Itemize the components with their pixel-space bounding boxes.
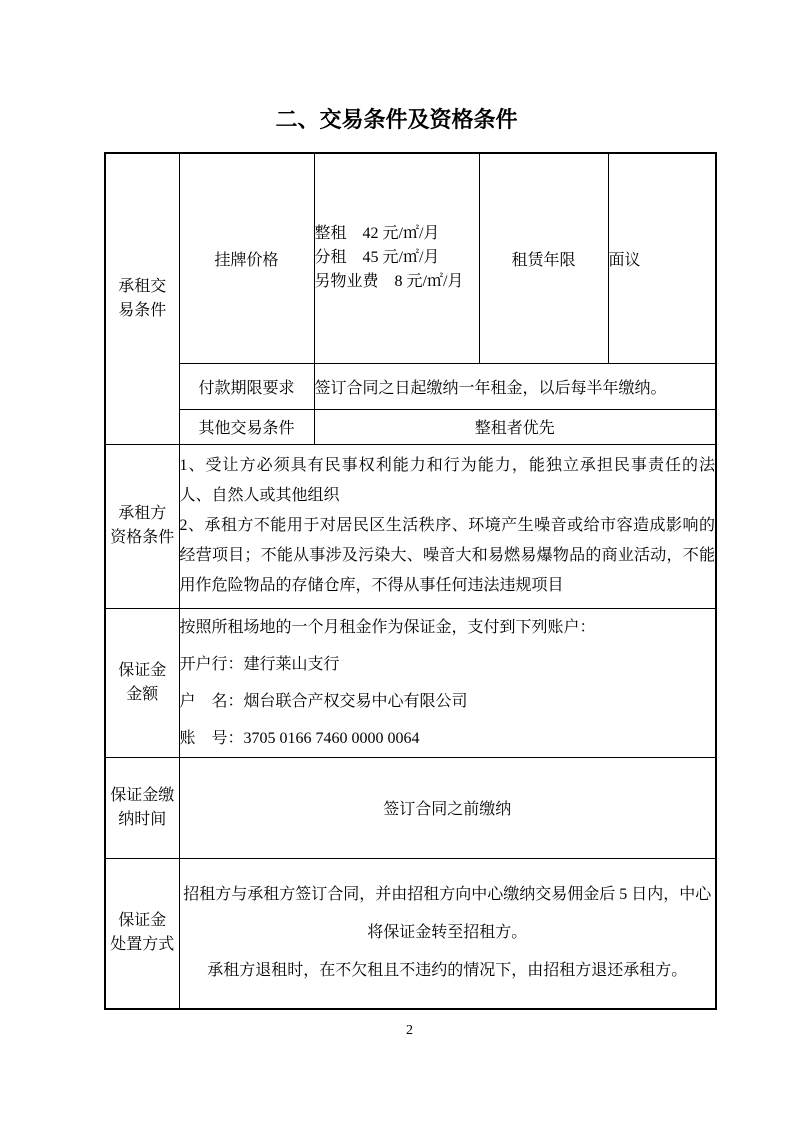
row-header-deposit-disposal: 保证金 处置方式 [105,858,179,1009]
deposit-payment-time-content: 签订合同之前缴纳 [179,757,716,858]
table-row: 其他交易条件 整租者优先 [105,409,716,444]
other-conditions-label: 其他交易条件 [179,409,314,444]
row-header-lessee-qualification: 承租方 资格条件 [105,444,179,608]
row-header-deposit-payment-time: 保证金缴 纳时间 [105,757,179,858]
row-header-rental-transaction: 承租交 易条件 [105,153,179,444]
row-header-deposit-amount: 保证金 金额 [105,608,179,757]
lease-term-label: 租赁年限 [479,153,608,363]
page-number: 2 [104,1023,715,1039]
other-conditions-value: 整租者优先 [314,409,716,444]
table-row: 保证金 处置方式 招租方与承租方签订合同，并由招租方向中心缴纳交易佣金后 5 日… [105,858,716,1009]
payment-terms-value: 签订合同之日起缴纳一年租金，以后每半年缴纳。 [314,363,716,409]
deposit-disposal-content: 招租方与承租方签订合同，并由招租方向中心缴纳交易佣金后 5 日内，中心将保证金转… [179,858,716,1009]
table-row: 付款期限要求 签订合同之日起缴纳一年租金，以后每半年缴纳。 [105,363,716,409]
table-row: 保证金 金额 按照所租场地的一个月租金作为保证金，支付到下列账户： 开户行：建行… [105,608,716,757]
table-row: 承租方 资格条件 1、受让方必须具有民事权利能力和行为能力，能独立承担民事责任的… [105,444,716,608]
payment-terms-label: 付款期限要求 [179,363,314,409]
deposit-amount-content: 按照所租场地的一个月租金作为保证金，支付到下列账户： 开户行：建行莱山支行 户 … [179,608,716,757]
table-row: 承租交 易条件 挂牌价格 整租 42 元/㎡/月 分租 45 元/㎡/月 另物业… [105,153,716,363]
lessee-qualification-content: 1、受让方必须具有民事权利能力和行为能力，能独立承担民事责任的法人、自然人或其他… [179,444,716,608]
listing-price-value: 整租 42 元/㎡/月 分租 45 元/㎡/月 另物业费 8 元/㎡/月 [314,153,479,363]
conditions-table: 承租交 易条件 挂牌价格 整租 42 元/㎡/月 分租 45 元/㎡/月 另物业… [104,152,717,1010]
table-row: 保证金缴 纳时间 签订合同之前缴纳 [105,757,716,858]
listing-price-label: 挂牌价格 [179,153,314,363]
lease-term-value: 面议 [608,153,716,363]
page-title: 二、交易条件及资格条件 [0,103,793,134]
